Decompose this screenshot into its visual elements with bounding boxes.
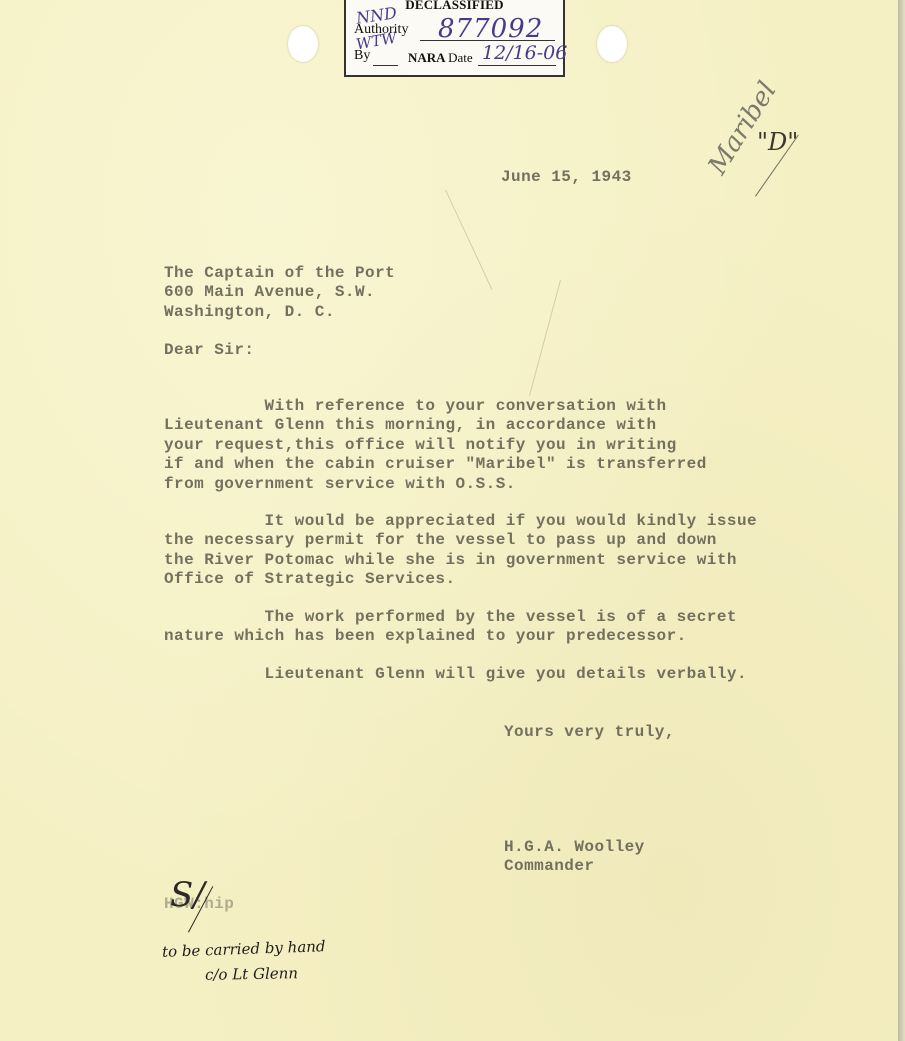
paper-crease [529,280,561,396]
stamp-nara-word: NARA [408,50,445,65]
letter-page: DECLASSIFIED Authority NND 877092 By WTW… [0,0,898,1041]
body-paragraph: Lieutenant Glenn will give you details v… [164,665,747,684]
stamp-nara-label: NARA Date [408,50,473,66]
recipient-address: The Captain of the Port 600 Main Avenue,… [164,264,395,322]
punch-hole-left [288,26,318,62]
handwritten-note-line-2: c/o Lt Glenn [205,964,298,984]
stamp-date-value: 12/16-06 [482,42,567,64]
page-edge [898,0,905,1041]
letter-date: June 15, 1943 [501,168,632,187]
body-paragraph: The work performed by the vessel is of a… [164,608,737,647]
stamp-authority-number: 877092 [438,14,543,44]
closing: Yours very truly, [504,723,675,742]
salutation: Dear Sir: [164,341,254,360]
body-paragraph: It would be appreciated if you would kin… [164,512,757,590]
signature-block: H.G.A. Woolley Commander [504,838,645,877]
stamp-date-label: Date [448,50,473,65]
handwritten-note-line-1: to be carried by hand [162,937,326,961]
stamp-date-line [478,65,556,66]
stamp-by-line [373,65,398,66]
paper-crease [445,190,492,290]
declassified-stamp: DECLASSIFIED Authority NND 877092 By WTW… [344,0,565,77]
punch-hole-right [597,26,627,62]
body-paragraph: With reference to your conversation with… [164,397,707,494]
